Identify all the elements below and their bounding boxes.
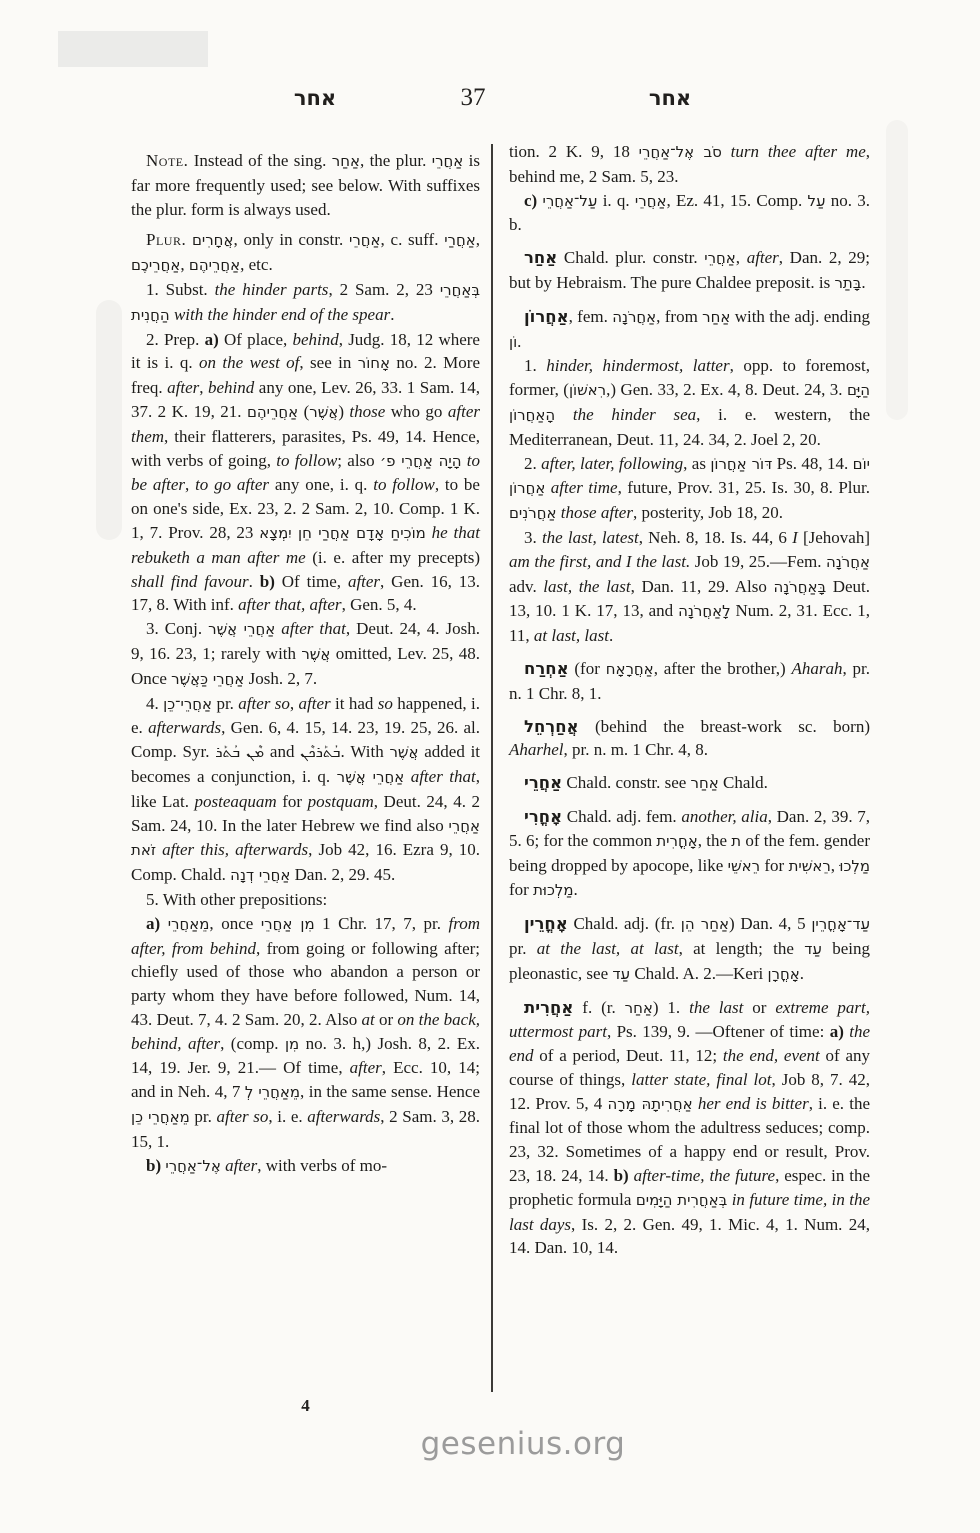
hebrew-text: אָחֳרָן [767, 965, 799, 983]
running-head-left: אחר [250, 86, 380, 110]
text-run: afterwards [307, 1107, 380, 1126]
text-run: 2. [524, 454, 541, 473]
hebrew-text: אַחֲרֹנִים [509, 504, 556, 522]
text-run: Chald. adj. (fr. [568, 914, 681, 933]
page-number: 37 [423, 84, 523, 112]
scan-smudge [886, 120, 908, 420]
hebrew-headword: אַחַר [524, 248, 557, 267]
text-run: pr. [509, 939, 537, 958]
hebrew-headword: אַחֲרֵי [524, 773, 562, 792]
text-run: for [760, 856, 789, 875]
syriac-text: ܒܳܬܰܪܟܶܢ [300, 743, 340, 761]
hebrew-text: אַחֲרֹנָה [826, 553, 870, 571]
text-run: the end, event [723, 1046, 820, 1065]
text-run: at the last, at last [537, 939, 679, 958]
text-run: with the adj. ending [730, 307, 870, 326]
text-run [722, 142, 731, 161]
text-run: a) [146, 914, 160, 933]
paragraph: tion. 2 K. 9, 18 סֹב אֶל־אַחֲרֵי turn th… [509, 140, 870, 189]
left-column: Note. Instead of the sing. אַחַר, the pl… [131, 142, 480, 1178]
text-run: ; also [337, 451, 380, 470]
text-run: after [747, 248, 779, 267]
hebrew-text: עַל־אַחֲרֵי [542, 192, 597, 210]
text-run: , the plur. [360, 151, 432, 170]
text-run: b) [260, 572, 275, 591]
text-run: the last [689, 998, 743, 1017]
text-run: shall find favour [131, 572, 249, 591]
text-run: , (comp. [220, 1034, 285, 1053]
text-run: am the first, and I the last. [509, 552, 690, 571]
hebrew-headword: אַחֲרוֹן [524, 307, 569, 326]
paragraph: 5. With other prepositions: [131, 888, 480, 912]
text-run: Chald. A. 2.—Keri [630, 964, 767, 983]
text-run: to go after [195, 475, 269, 494]
text-run: . [517, 332, 521, 351]
text-run: after that, after [238, 595, 341, 614]
paragraph: b) אֶל־אַחֲרֵי after, with verbs of mo- [131, 1154, 480, 1179]
paragraph: Plur. אֲחָרִים, only in constr. אַחֲרֵי,… [131, 228, 480, 278]
text-run: after [167, 378, 199, 397]
text-run: , [185, 475, 195, 494]
paragraph: אַחְרַח (for אַחֲרָאָח, after the brothe… [509, 657, 870, 706]
text-run: of a period, Deut. 11, 12; [534, 1046, 723, 1065]
paragraph: 1. hinder, hindermost, latter, opp. to f… [509, 354, 870, 451]
text-run: a) [205, 330, 219, 349]
text-run: , [199, 378, 208, 397]
paragraph: 2. after, later, following, as דּוֹר אַח… [509, 452, 870, 526]
hebrew-text: אַחַר [625, 999, 653, 1017]
hebrew-text: עַד־אָחֳרֵין [811, 915, 870, 933]
hebrew-text: אַחֲרֵי [432, 152, 464, 170]
paragraph: אַחֲרוֹן, fem. אַחֲרֹנָה, from אַחַר wit… [509, 305, 870, 355]
text-run: after that [281, 619, 346, 638]
text-run: after [299, 694, 331, 713]
hebrew-text: מִן אַחֲרֵי [261, 915, 315, 933]
text-run: , only in constr. [233, 230, 349, 249]
hebrew-text: אַחַר [332, 152, 360, 170]
hebrew-text: אַחֲרֵי־כֵן [163, 695, 212, 713]
text-run: the last, latest [542, 528, 639, 547]
hebrew-text: אֶל־אַחֲרֵי [165, 1157, 220, 1175]
hebrew-text: עַל [807, 192, 825, 210]
text-run: those [349, 402, 385, 421]
paragraph: אָחֳרֵין Chald. adj. (fr. אַחַר הֵן) Dan… [509, 912, 870, 986]
text-run: a) [830, 1022, 844, 1041]
paragraph: אַחֲרֵי Chald. constr. see אַחַר Chald. [509, 771, 870, 796]
hebrew-text: אָחוֹר [358, 354, 390, 372]
text-run: last, the last [543, 577, 630, 596]
text-run: 3. Conj. [146, 619, 208, 638]
text-run: Chald. constr. see [562, 773, 690, 792]
hebrew-text: מַלְכוּ [839, 857, 870, 875]
hebrew-text: אַחֲרֵי [704, 249, 736, 267]
hebrew-text: אַחֲרֵי אֲשֶׁר [208, 620, 275, 638]
hebrew-text: וֹן [509, 333, 517, 351]
text-run: latter state, final lot [631, 1070, 771, 1089]
hebrew-text: אַחַר [702, 308, 730, 326]
text-run: , after the brother,) [654, 659, 792, 678]
text-run: posteaquam [195, 792, 277, 811]
text-run: the hinder sea [573, 405, 696, 424]
text-run: 2. Prep. [146, 330, 205, 349]
text-run: . [390, 305, 394, 324]
small-caps-label: Note. [146, 151, 188, 170]
text-run: f. (r. [573, 998, 624, 1017]
hebrew-text: אַחֲרֹנָה [612, 308, 656, 326]
text-run: , [476, 230, 480, 249]
text-run: after-time, the future [634, 1166, 775, 1185]
text-run: ) [338, 402, 349, 421]
text-run: , c. suff. [381, 230, 445, 249]
text-run: after so [217, 1107, 269, 1126]
text-run: after that [411, 767, 476, 786]
text-run: after [350, 1058, 382, 1077]
text-run: Chald. adj. fem. [562, 807, 681, 826]
text-run: , i. e. [268, 1107, 307, 1126]
hebrew-text: דּוֹר אַחֲרוֹן [710, 455, 772, 473]
text-run: so [378, 694, 393, 713]
scan-smudge [96, 300, 122, 540]
hebrew-text: עַד [804, 940, 822, 958]
text-run: after so [238, 694, 290, 713]
text-run: , [180, 255, 189, 274]
text-run [160, 914, 168, 933]
hebrew-text: אַחֲרִיתָהּ מָרָה [607, 1095, 692, 1113]
hebrew-text: מֵאַחֲרֵי [168, 915, 210, 933]
hebrew-text: אֲשֶׁר [301, 645, 330, 663]
text-run: , future, Prov. 31, 25. Is. 30, 8. Plur. [618, 478, 870, 497]
text-run: Dan. 2, 29. 45. [290, 865, 395, 884]
hebrew-text: מוֹכִיחַ אָדָם אַחֲרַי חֵן יִמְצָא [259, 524, 426, 542]
text-run: (for [569, 659, 606, 678]
hebrew-headword: אַחֲרִית [524, 998, 573, 1017]
text-run: 1. [524, 356, 546, 375]
text-run: . [609, 626, 613, 645]
text-run: , [736, 248, 747, 267]
hebrew-text: לָאַחֲרֹנָה [678, 602, 730, 620]
text-run: , Ez. 41, 15. Comp. [666, 191, 807, 210]
hebrew-text: אֲשֶׁר [389, 743, 418, 761]
hebrew-text: אַחֲרֵי [635, 192, 667, 210]
syriac-text: ܡܶܢ ܒܳܬܰܪ [215, 743, 264, 761]
text-run: 1 Chr. 17, 7, pr. [315, 914, 449, 933]
text-run: Chald. plur. constr. [557, 248, 704, 267]
text-run: who go [385, 402, 448, 421]
paragraph: 2. Prep. a) Of place, behind, Judg. 18, … [131, 328, 480, 618]
hebrew-text: אֲחָרִים [192, 231, 233, 249]
text-run: postquam [308, 792, 374, 811]
text-run: . With [340, 742, 389, 761]
hebrew-text: סֹב אֶל־אַחֲרֵי [639, 143, 722, 161]
paragraph: Note. Instead of the sing. אַחַר, the pl… [131, 149, 480, 221]
text-run: 5. With other prepositions: [146, 890, 327, 909]
hebrew-text: עַד [612, 965, 630, 983]
text-run: her end is bitter [698, 1094, 809, 1113]
text-run: Aharah [791, 659, 842, 678]
text-run: Chald. [719, 773, 768, 792]
text-run: pr. [212, 694, 238, 713]
hebrew-text: ת [731, 832, 741, 850]
text-run: ,) Gen. 33, 2. Ex. 4, 8. Deut. 24, 3. [606, 380, 847, 399]
text-run: . [800, 964, 804, 983]
text-run: b) [614, 1166, 629, 1185]
text-run: (behind the breast-work sc. born) [579, 717, 870, 736]
text-run: ) Dan. 4, 5 [729, 914, 811, 933]
hebrew-headword: אָחֳרֵין [524, 914, 568, 933]
hebrew-text: רִאשׁוֹן [569, 381, 606, 399]
paragraph: c) עַל־אַחֲרֵי i. q. אַחֲרֵי, Ez. 41, 15… [509, 189, 870, 238]
text-run: those after [561, 503, 633, 522]
hebrew-headword: אָחֳרִי [524, 807, 562, 826]
text-run: ( [298, 402, 309, 421]
text-run: Job 19, 25.—Fem. [690, 552, 826, 571]
text-run: 3. [524, 528, 542, 547]
text-run: 4. [146, 694, 163, 713]
text-run: . [249, 572, 260, 591]
text-run: at last, last [534, 626, 609, 645]
hebrew-text: אַחֲרֵי אֲשֶׁר [337, 768, 405, 786]
paragraph: אַחֲרִית f. (r. אַחַר) 1. the last or ex… [509, 996, 870, 1261]
text-run: Aharhel [509, 740, 563, 759]
text-run: the hinder parts [215, 280, 329, 299]
hebrew-text: אַחֲרֵי כַּאֲשֶׁר [171, 670, 244, 688]
text-run: Ps. 48, 14. [772, 454, 852, 473]
scanned-dictionary-page: אחר 37 אחר Note. Instead of the sing. אַ… [0, 0, 980, 1533]
text-run: ) 1. [653, 998, 689, 1017]
text-run: afterwards [148, 718, 221, 737]
text-run: to follow [373, 475, 435, 494]
text-run: , Gen. 5, 4. [342, 595, 417, 614]
text-run: adv. [509, 577, 543, 596]
scan-artifact [58, 31, 208, 67]
hebrew-text: מֵאַחֲרֵי כֵן [131, 1108, 190, 1126]
text-run: after, later, following [541, 454, 683, 473]
text-run: to follow [276, 451, 337, 470]
hebrew-headword: אַחְרַח [524, 659, 569, 678]
text-run: behind [208, 378, 254, 397]
column-divider [491, 144, 493, 1392]
text-run: or [743, 998, 775, 1017]
text-run: Of place, [219, 330, 293, 349]
text-run: , as [683, 454, 710, 473]
text-run: after [348, 572, 380, 591]
hebrew-text: אָחֳרִית [656, 832, 697, 850]
text-run: Instead of the sing. [188, 151, 331, 170]
hebrew-text: בְּאַחֲרִית הַיָּמִים [636, 1191, 727, 1209]
paragraph: אֲחַרְחֵל (behind the breast-work sc. bo… [509, 715, 870, 763]
hebrew-text: מִן [285, 1035, 299, 1053]
hebrew-text: אֲשֶׁר [309, 403, 338, 421]
hebrew-text: אַחַר [691, 774, 719, 792]
text-run: b) [146, 1156, 161, 1175]
text-run: , once [209, 914, 260, 933]
hebrew-text: אַחֲרַי [444, 231, 476, 249]
text-run: , the [698, 831, 732, 850]
text-run: , in the same sense. Hence [300, 1082, 480, 1101]
hebrew-text: הָיָה אַחֲרֵי פ׳ [380, 452, 462, 470]
text-run: , pr. n. m. 1 Chr. 4, 8. [563, 740, 708, 759]
text-run: [Jehovah] [798, 528, 870, 547]
hebrew-text: אַחֲרֵיהֶם [247, 403, 298, 421]
hebrew-headword: אֲחַרְחֵל [524, 717, 579, 736]
text-run: and [264, 742, 300, 761]
text-run: i. q. [597, 191, 634, 210]
paragraph: 1. Subst. the hinder parts, 2 Sam. 2, 23… [131, 278, 480, 328]
text-run: c) [524, 191, 537, 210]
text-run: , see in [299, 353, 357, 372]
text-run: any one, i. q. [269, 475, 373, 494]
hebrew-text: בָּתַר [834, 274, 861, 292]
text-run: it had [331, 694, 378, 713]
text-run: at [361, 1010, 374, 1029]
text-run: or [375, 1010, 398, 1029]
text-run: , 2 Sam. 2, 23 [328, 280, 439, 299]
text-run: with the hinder end of the spear [174, 305, 390, 324]
text-run: another, alia [681, 807, 767, 826]
text-run: , with verbs of mo- [257, 1156, 387, 1175]
text-run: after [225, 1156, 257, 1175]
hebrew-text: אַחֲרֵיהֶם [189, 256, 240, 274]
text-run: , fem. [569, 307, 613, 326]
text-run: after time [551, 478, 618, 497]
text-run: , from [656, 307, 702, 326]
hebrew-text: מֵאַחֲרֵי לְ [245, 1083, 300, 1101]
hebrew-text: רֵאשִׁית [789, 857, 831, 875]
paragraph: אַחַר Chald. plur. constr. אַחֲרֵי, afte… [509, 246, 870, 296]
hebrew-text: אַחֲרֵי דְנָה [230, 866, 290, 884]
hebrew-text: בָּאַחֲרֹנָה [774, 578, 827, 596]
text-run: , etc. [240, 255, 273, 274]
watermark: gesenius.org [0, 1426, 980, 1462]
text-run: for [277, 792, 308, 811]
signature-mark: 4 [131, 1396, 480, 1416]
hebrew-text: אַחֲרֵי [349, 231, 381, 249]
text-run: pr. [190, 1107, 217, 1126]
paragraph: 3. Conj. אַחֲרֵי אֲשֶׁר after that, Deut… [131, 617, 480, 691]
text-run: Of time, [275, 572, 348, 591]
hebrew-text: אַחֲרָאָח [606, 660, 654, 678]
hebrew-text: אַחַר הֵן [681, 915, 729, 933]
text-run: (i. e. after my precepts) [306, 548, 480, 567]
text-run: . [574, 880, 578, 899]
text-run: , [290, 694, 299, 713]
text-run: hinder, hindermost, latter [546, 356, 729, 375]
paragraph: 3. the last, latest, Neh. 8, 18. Is. 44,… [509, 526, 870, 648]
text-run [555, 405, 573, 424]
text-run: , at length; the [679, 939, 805, 958]
text-run: , Dan. 11, 29. Also [631, 577, 774, 596]
text-run: tion. 2 K. 9, 18 [509, 142, 639, 161]
hebrew-text: אַחֲרֵיכֶם [131, 256, 180, 274]
text-run: turn thee after me [731, 142, 866, 161]
text-run: on the west of [199, 353, 299, 372]
text-run: Josh. 2, 7. [244, 669, 317, 688]
text-run: behind [292, 330, 338, 349]
text-run: , Neh. 8, 18. Is. 44, 6 [639, 528, 792, 547]
small-caps-label: Plur. [146, 230, 186, 249]
text-run: for [509, 880, 533, 899]
running-head-right: אחר [605, 86, 735, 110]
text-run: after this, afterwards [162, 840, 308, 859]
paragraph: אָחֳרִי Chald. adj. fem. another, alia, … [509, 805, 870, 903]
text-run: , posterity, Job 18, 20. [633, 503, 783, 522]
text-run: . [861, 273, 865, 292]
text-run: , Ps. 139, 9. —Oftener of time: [607, 1022, 830, 1041]
right-column: tion. 2 K. 9, 18 סֹב אֶל־אַחֲרֵי turn th… [509, 140, 870, 1260]
hebrew-text: מַלְכוּת [533, 881, 573, 899]
paragraph: 4. אַחֲרֵי־כֵן pr. after so, after it ha… [131, 692, 480, 888]
text-run: 1. Subst. [146, 280, 215, 299]
hebrew-text: רֵאשֵׁי [728, 857, 760, 875]
paragraph: a) מֵאַחֲרֵי, once מִן אַחֲרֵי 1 Chr. 17… [131, 912, 480, 1154]
